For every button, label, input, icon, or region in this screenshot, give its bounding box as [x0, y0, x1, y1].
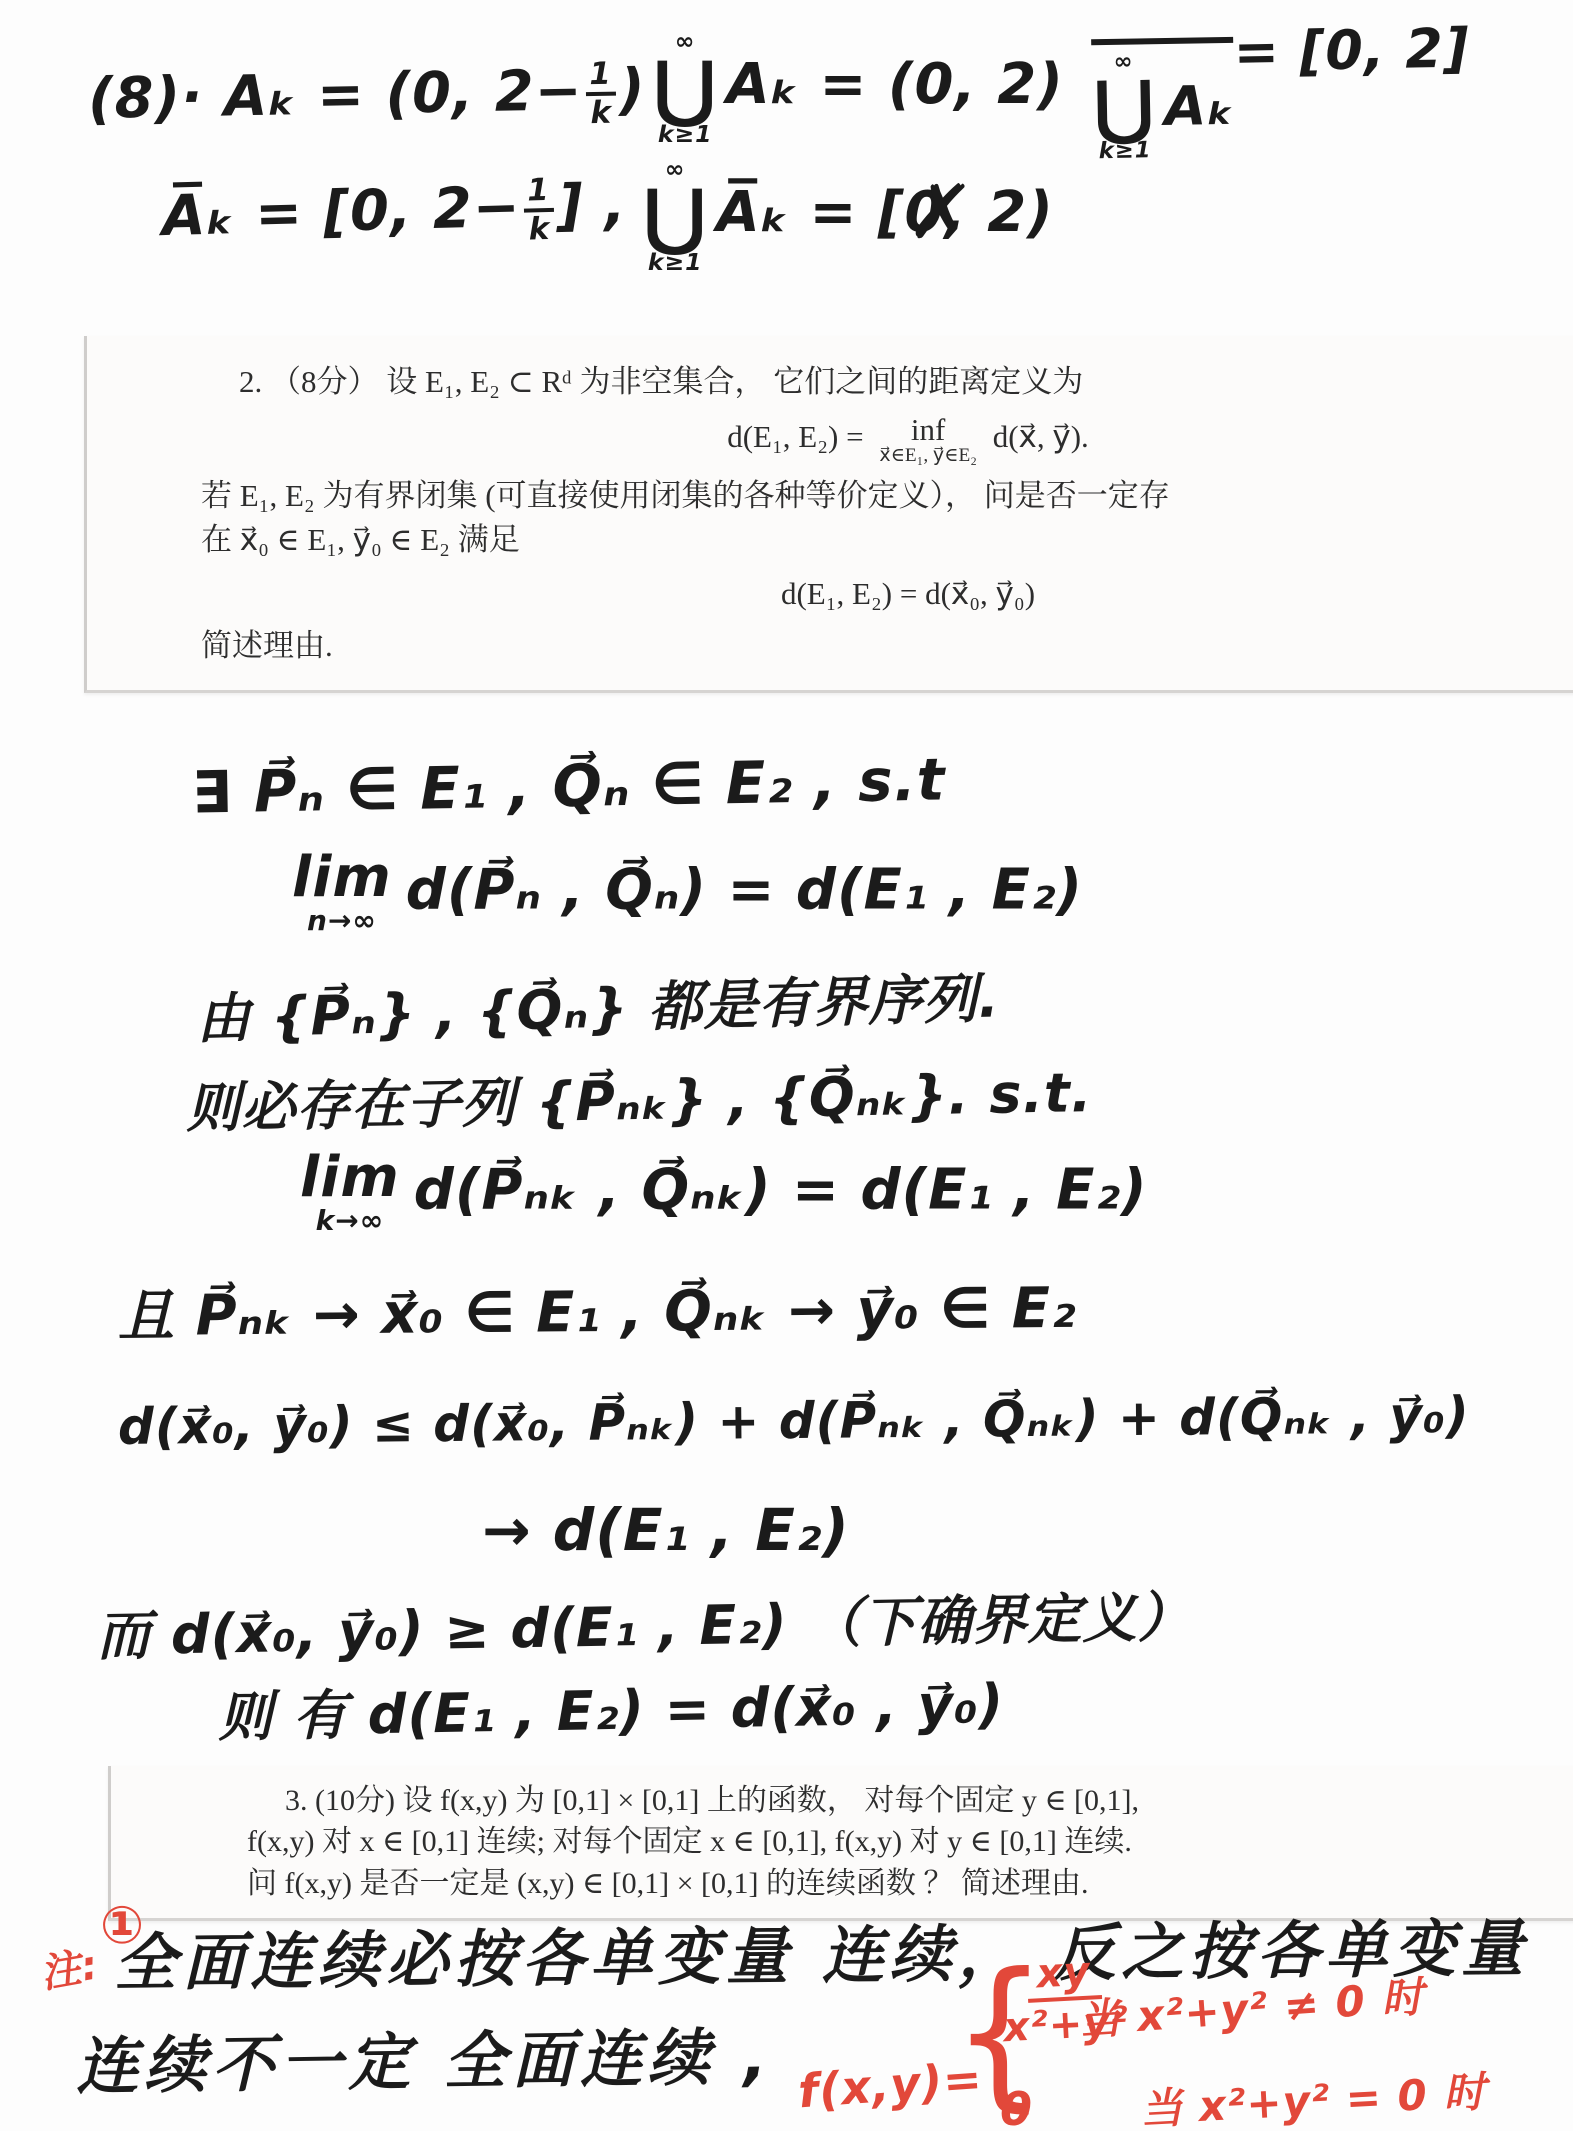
- fraction-numerator: 1: [585, 59, 616, 96]
- inf-word: inf: [911, 414, 945, 445]
- fraction-denominator: k: [590, 96, 612, 129]
- solution-line-subsequences: 则必存在子列 {P⃗ₙₖ} , {Q⃗ₙₖ}. s.t.: [185, 1050, 1093, 1143]
- handwritten-union-halfopen: ∞ ⋃ k≥1 A̅ₖ = [0, 2): [642, 158, 1054, 274]
- cross-mark: ✗: [905, 166, 977, 260]
- piecewise-zero-case: 0: [1000, 2082, 1033, 2131]
- expression-text: d(P⃗ₙₖ , Q⃗ₙₖ) = d(E₁ , E₂): [414, 1158, 1148, 1223]
- union-lower-limit: k≥1: [648, 251, 703, 275]
- handwritten-ak-closed-interval: A̅ₖ = [0, 2−1k] ,: [161, 172, 627, 255]
- fraction-numerator: 1: [523, 175, 554, 213]
- problem2-equality-formula: d(E₁, E₂) = d(x⃗₀, y⃗₀): [201, 572, 1573, 616]
- note-black-line2: 连续不一定 全面连续 ,: [75, 2007, 773, 2106]
- union-symbol-icon: ⋃: [1094, 73, 1155, 141]
- lim-subscript: n→∞: [307, 906, 377, 937]
- union-symbol-icon: ⋃: [654, 54, 716, 123]
- expression-text: (8)· Aₖ = (0, 2−: [87, 58, 583, 132]
- expression-text: Aₖ: [1164, 73, 1235, 137]
- closure-overline: ∞ ⋃ k≥1 Aₖ: [1091, 37, 1235, 164]
- solution-line-limit-k: limk→∞d(P⃗ₙₖ , Q⃗ₙₖ) = d(E₁ , E₂): [300, 1150, 1148, 1237]
- fraction-1-over-k: 1k: [585, 59, 617, 129]
- union-symbol-icon: ⋃: [644, 182, 706, 251]
- union-operator: ∞ ⋃ k≥1: [1093, 50, 1155, 163]
- problem2-statement-line1: 2. （8分） 设 E₁, E₂ ⊂ Rᵈ 为非空集合， 它们之间的距离定义为: [201, 360, 1573, 404]
- expression-text: ): [618, 57, 646, 122]
- handwritten-union-open: ∞ ⋃ k≥1 Aₖ = (0, 2): [652, 30, 1064, 146]
- lim-subscript: k→∞: [316, 1206, 384, 1237]
- limit-operator: limn→∞: [292, 850, 392, 937]
- union-lower-limit: k≥1: [1099, 140, 1152, 164]
- problem2-statement-line4: 简述理由.: [201, 624, 1573, 668]
- lim-word: lim: [292, 850, 392, 906]
- solution-line-limit-n: limn→∞d(P⃗ₙ , Q⃗ₙ) = d(E₁ , E₂): [292, 850, 1083, 937]
- expression-text: Aₖ = (0, 2): [726, 52, 1063, 117]
- handwritten-ak-open-interval: (8)· Aₖ = (0, 2−1k): [87, 57, 646, 137]
- formula-rhs: d(x⃗, y⃗).: [985, 419, 1089, 454]
- expression-text: ] ,: [556, 172, 627, 239]
- piecewise-condition-zero: 当 x²+y² = 0 时: [1139, 2059, 1488, 2131]
- problem2-statement-line2: 若 E₁, E₂ 为有界闭集 (可直接使用闭集的各种等价定义）， 问是否一定存: [201, 474, 1573, 518]
- solution-line-exists: ∃ P⃗ₙ ∈ E₁ , Q⃗ₙ ∈ E₂ , s.t: [191, 745, 945, 826]
- problem3-statement-line1: 3. (10分) 设 f(x,y) 为 [0,1] × [0,1] 上的函数， …: [247, 1780, 1573, 1821]
- formula-lhs: d(E₁, E₂) =: [727, 419, 871, 454]
- expression-text: A̅ₖ = [0, 2−: [161, 175, 521, 249]
- handwritten-union-closure: ∞ ⋃ k≥1 Aₖ = [0, 2]: [1091, 13, 1472, 164]
- expression-text: = [0, 2]: [1233, 17, 1470, 84]
- union-lower-limit: k≥1: [658, 123, 713, 147]
- infimum-operator: infx⃗∈E₁, y⃗∈E₂: [879, 414, 977, 466]
- limit-operator: limk→∞: [300, 1150, 400, 1237]
- solution-line-tends-to: → d(E₁ , E₂): [482, 1496, 850, 1564]
- expression-text: A̅ₖ = [0, 2): [716, 180, 1053, 245]
- fraction-denominator: k: [528, 212, 550, 245]
- problem2-distance-definition-formula: d(E₁, E₂) = infx⃗∈E₁, y⃗∈E₂ d(x⃗, y⃗).: [201, 414, 1573, 466]
- inf-subscript: x⃗∈E₁, y⃗∈E₂: [879, 445, 977, 466]
- problem3-card: 3. (10分) 设 f(x,y) 为 [0,1] × [0,1] 上的函数， …: [108, 1766, 1573, 1921]
- scanned-exam-page: (8)· Aₖ = (0, 2−1k) ∞ ⋃ k≥1 Aₖ = (0, 2) …: [0, 0, 1573, 2131]
- problem2-statement-line3: 在 x⃗₀ ∈ E₁, y⃗₀ ∈ E₂ 满足: [201, 518, 1573, 562]
- lim-word: lim: [300, 1150, 400, 1206]
- problem3-statement-line3: 问 f(x,y) 是否一定是 (x,y) ∈ [0,1] × [0,1] 的连续…: [247, 1863, 1573, 1904]
- solution-line-infimum-bound: 而 d(x⃗₀, y⃗₀) ≥ d(E₁ , E₂) （下确界定义）: [95, 1574, 1192, 1670]
- solution-line-triangle-inequality: d(x⃗₀, y⃗₀) ≤ d(x⃗₀, P⃗ₙₖ) + d(P⃗ₙₖ , Q⃗…: [118, 1386, 1470, 1456]
- solution-line-conclusion: 则 有 d(E₁ , E₂) = d(x⃗₀ , y⃗₀): [217, 1661, 1004, 1752]
- fraction-1-over-k: 1k: [523, 175, 555, 245]
- solution-line-bounded-sequences: 由 {P⃗ₙ} , {Q⃗ₙ} 都是有界序列.: [195, 955, 1000, 1053]
- union-operator: ∞ ⋃ k≥1: [644, 158, 706, 274]
- problem3-statement-line2: f(x,y) 对 x ∈ [0,1] 连续; 对每个固定 x ∈ [0,1], …: [247, 1821, 1573, 1862]
- union-operator: ∞ ⋃ k≥1: [654, 30, 716, 146]
- note-marker: 注:: [35, 1933, 102, 1999]
- expression-text: d(P⃗ₙ , Q⃗ₙ) = d(E₁ , E₂): [406, 858, 1083, 923]
- solution-line-convergence: 且 P⃗ₙₖ → x⃗₀ ∈ E₁ , Q⃗ₙₖ → y⃗₀ ∈ E₂: [118, 1264, 1077, 1352]
- problem2-card: 2. （8分） 设 E₁, E₂ ⊂ Rᵈ 为非空集合， 它们之间的距离定义为 …: [84, 336, 1573, 693]
